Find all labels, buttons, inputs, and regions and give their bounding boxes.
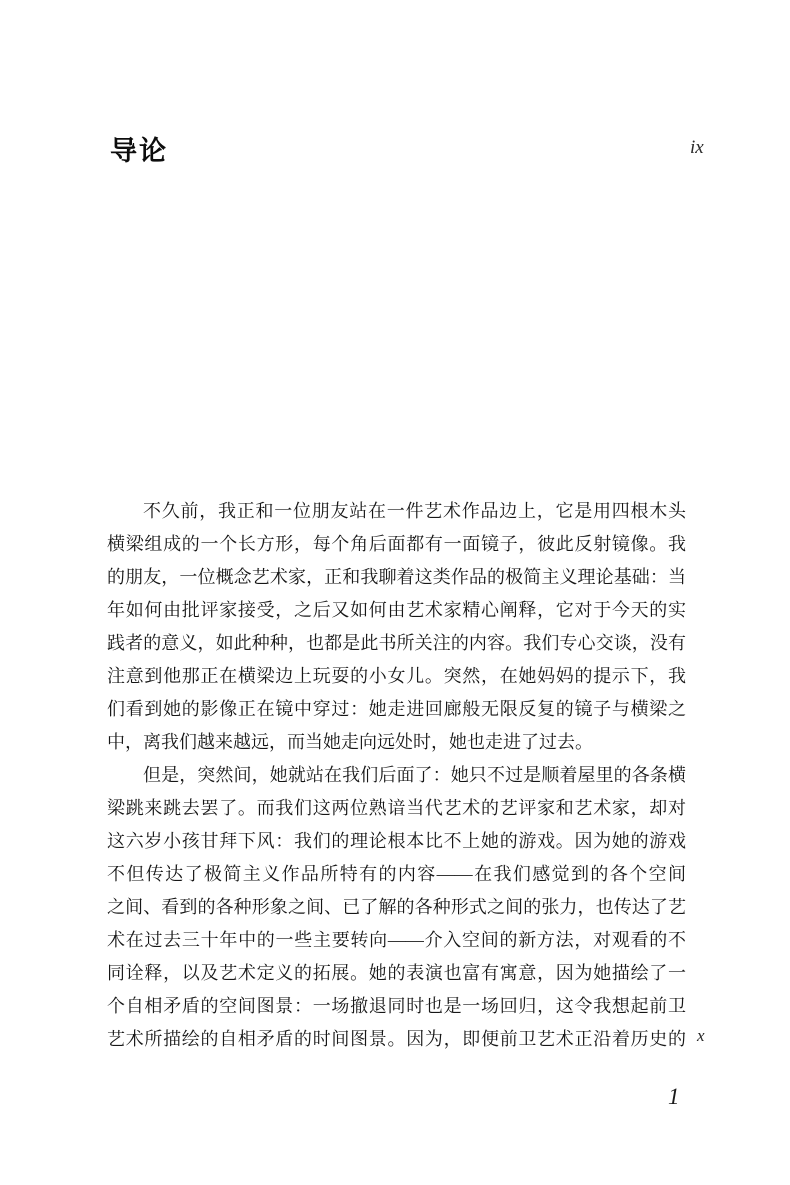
text-line: 个自相矛盾的空间图景：一场撤退同时也是一场回归，这令我想起前卫 [107, 990, 686, 1023]
text-line: 之间、看到的各种形象之间、已了解的各种形式之间的张力，也传达了艺 [107, 891, 686, 924]
text-line: 们看到她的影像正在镜中穿过：她走进回廊般无限反复的镜子与横梁之 [107, 693, 686, 726]
text-line: 中，离我们越来越远，而当她走向远处时，她也走进了过去。 [107, 726, 686, 759]
text-line: 术在过去三十年中的一些主要转向——介入空间的新方法，对观看的不 [107, 924, 686, 957]
text-line: 横梁组成的一个长方形，每个角后面都有一面镜子，彼此反射镜像。我 [107, 528, 686, 561]
text-line: 梁跳来跳去罢了。而我们这两位熟谙当代艺术的艺评家和艺术家，却对 [107, 792, 686, 825]
text-line: 艺术所描绘的自相矛盾的时间图景。因为，即便前卫艺术正沿着历史的 [107, 1023, 686, 1056]
text-line: 践者的意义，如此种种，也都是此书所关注的内容。我们专心交谈，没有 [107, 627, 686, 660]
paragraph: 不久前，我正和一位朋友站在一件艺术作品边上，它是用四根木头横梁组成的一个长方形，… [107, 495, 686, 759]
text-line: 注意到他那正在横梁边上玩耍的小女儿。突然，在她妈妈的提示下，我 [107, 660, 686, 693]
chapter-title: 导论 [110, 134, 168, 168]
text-line: 但是，突然间，她就站在我们后面了：她只不过是顺着屋里的各条横 [107, 759, 686, 792]
page-number: 1 [668, 1083, 680, 1111]
paragraph: 但是，突然间，她就站在我们后面了：她只不过是顺着屋里的各条横梁跳来跳去罢了。而我… [107, 759, 686, 1056]
text-line: 年如何由批评家接受，之后又如何由艺术家精心阐释，它对于今天的实 [107, 594, 686, 627]
text-line: 的朋友，一位概念艺术家，正和我聊着这类作品的极简主义理论基础：当 [107, 561, 686, 594]
body-text: 不久前，我正和一位朋友站在一件艺术作品边上，它是用四根木头横梁组成的一个长方形，… [107, 495, 686, 1056]
text-line: 同诠释，以及艺术定义的拓展。她的表演也富有寓意，因为她描绘了一 [107, 957, 686, 990]
margin-folio: x [697, 1026, 705, 1046]
text-line: 这六岁小孩甘拜下风：我们的理论根本比不上她的游戏。因为她的游戏 [107, 825, 686, 858]
book-page: 导论 ix 不久前，我正和一位朋友站在一件艺术作品边上，它是用四根木头横梁组成的… [0, 0, 790, 1185]
text-line: 不但传达了极简主义作品所特有的内容——在我们感觉到的各个空间 [107, 858, 686, 891]
text-line: 不久前，我正和一位朋友站在一件艺术作品边上，它是用四根木头 [107, 495, 686, 528]
running-folio: ix [690, 137, 704, 159]
